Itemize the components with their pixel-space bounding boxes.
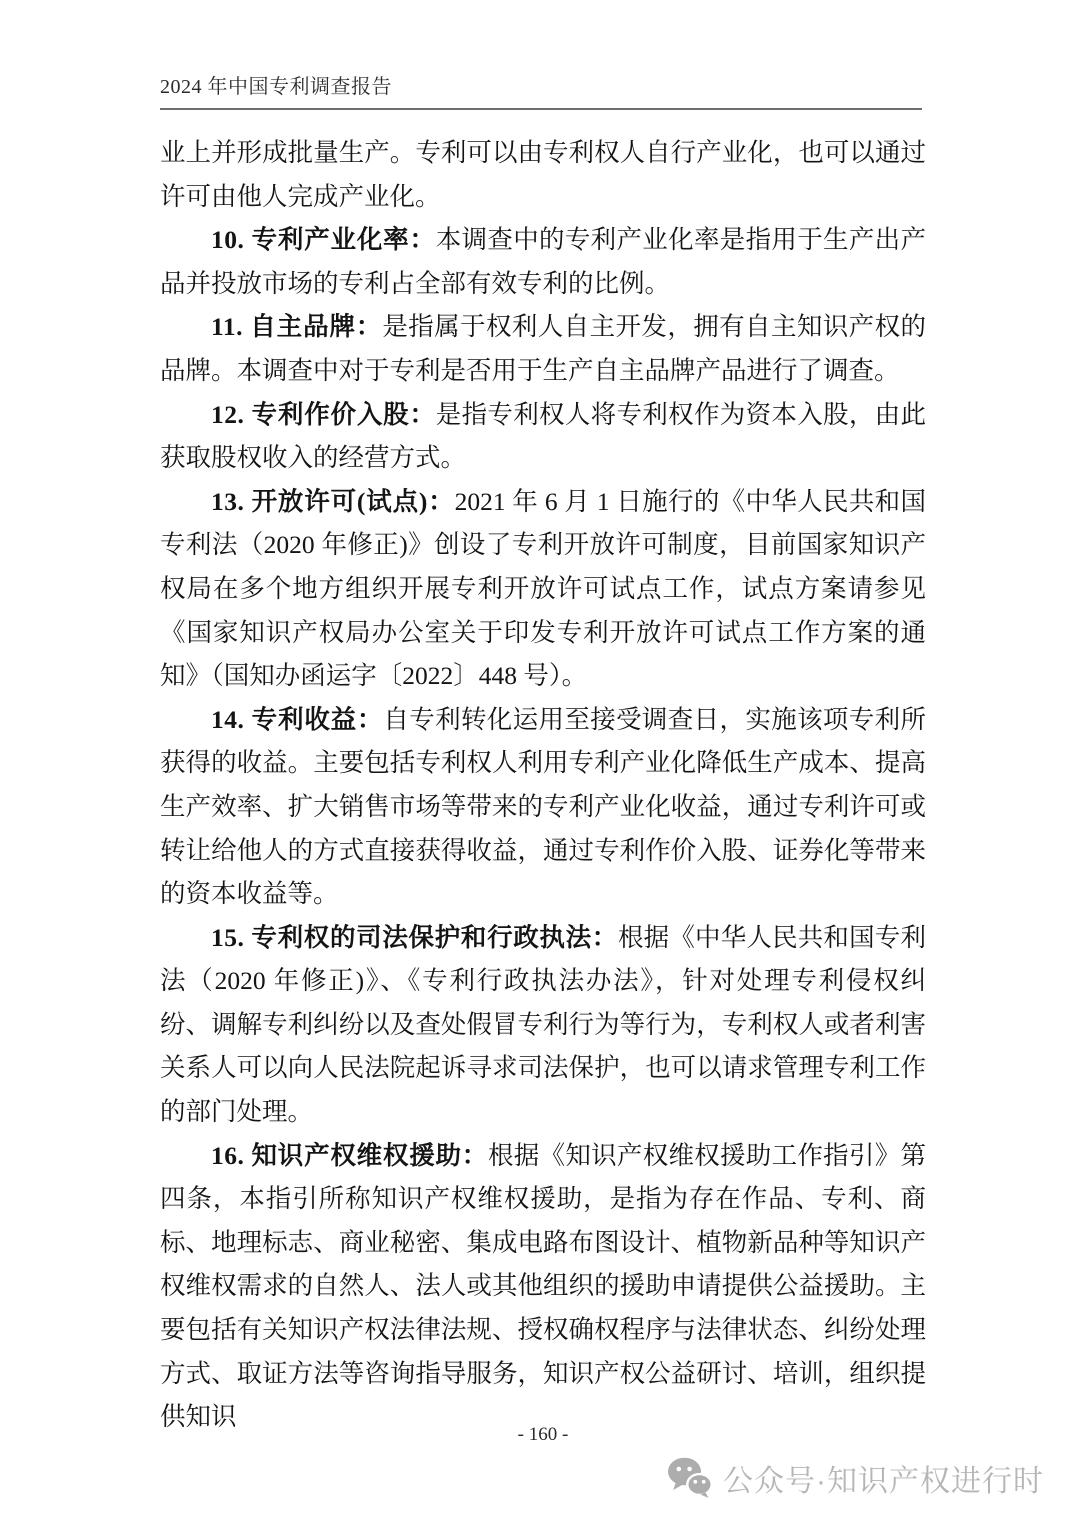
term-label: 11. 自主品牌： bbox=[211, 312, 382, 341]
term-label: 14. 专利收益： bbox=[211, 705, 383, 734]
watermark: 公众号·知识产权进行时 bbox=[667, 1456, 1044, 1500]
term-label: 13. 开放许可(试点)： bbox=[211, 487, 455, 516]
term-label: 12. 专利作价入股： bbox=[211, 400, 436, 429]
term-label: 16. 知识产权维权援助： bbox=[211, 1141, 488, 1170]
watermark-text: 公众号·知识产权进行时 bbox=[723, 1456, 1044, 1500]
paragraph: 14. 专利收益：自专利转化运用至接受调查日，实施该项专利所获得的收益。主要包括… bbox=[160, 698, 926, 916]
report-title: 2024 年中国专利调查报告 bbox=[160, 70, 922, 99]
term-label: 10. 专利产业化率： bbox=[211, 225, 436, 254]
page-number: - 160 - bbox=[160, 1424, 926, 1446]
paragraph: 13. 开放许可(试点)：2021 年 6 月 1 日施行的《中华人民共和国专利… bbox=[160, 480, 926, 698]
paragraph: 10. 专利产业化率：本调查中的专利产业化率是指用于生产出产品并投放市场的专利占… bbox=[160, 218, 926, 305]
paragraph: 11. 自主品牌：是指属于权利人自主开发，拥有自主知识产权的品牌。本调查中对于专… bbox=[160, 305, 926, 392]
paragraph: 业上并形成批量生产。专利可以由专利权人自行产业化，也可以通过许可由他人完成产业化… bbox=[160, 131, 926, 218]
paragraph: 15. 专利权的司法保护和行政执法：根据《中华人民共和国专利法（2020 年修正… bbox=[160, 916, 926, 1134]
term-label: 15. 专利权的司法保护和行政执法： bbox=[211, 923, 618, 952]
body-paragraphs: 业上并形成批量生产。专利可以由专利权人自行产业化，也可以通过许可由他人完成产业化… bbox=[160, 131, 926, 1439]
paragraph: 12. 专利作价入股：是指专利权人将专利权作为资本入股，由此获取股权收入的经营方… bbox=[160, 393, 926, 480]
wechat-icon bbox=[667, 1457, 713, 1499]
page-header: 2024 年中国专利调查报告 bbox=[160, 70, 922, 110]
paragraph: 16. 知识产权维权援助：根据《知识产权维权援助工作指引》第四条，本指引所称知识… bbox=[160, 1134, 926, 1439]
document-page: 2024 年中国专利调查报告 业上并形成批量生产。专利可以由专利权人自行产业化，… bbox=[0, 0, 1080, 1527]
